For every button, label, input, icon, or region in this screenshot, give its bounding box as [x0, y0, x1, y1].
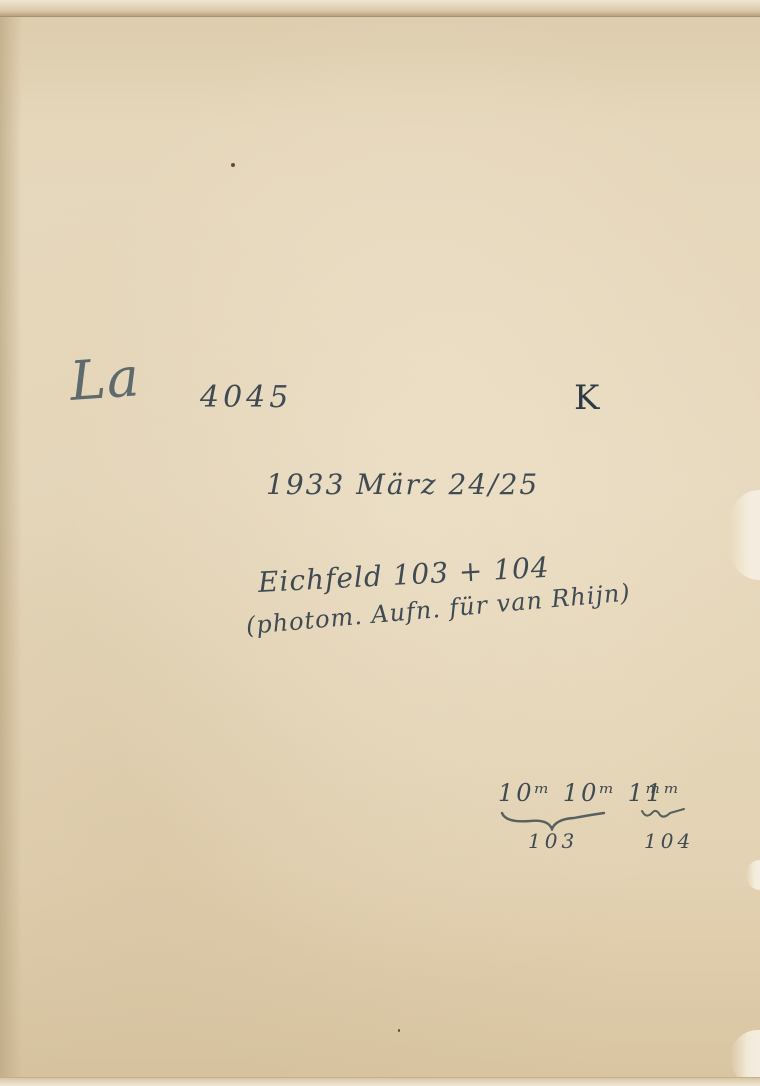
- exposure-notes: 10ᵐ 10ᵐ 1ᵐ 103 1ᵐ 104: [498, 765, 708, 865]
- plate-103-exposure-times: 10ᵐ 10ᵐ 1ᵐ: [498, 779, 664, 807]
- paper-tear: [730, 490, 760, 580]
- paper-speck: [398, 1029, 400, 1032]
- grouping-brace-icon: [500, 809, 606, 831]
- envelope-top-flap: [0, 0, 760, 17]
- call-number-prefix: La: [68, 345, 142, 413]
- squiggle-mark-icon: [640, 805, 688, 821]
- paper-tear: [746, 860, 760, 890]
- plate-104-label: 104: [644, 829, 694, 853]
- plate-104-exposure-times: 1ᵐ: [646, 779, 682, 807]
- document-sheet: La 4045 K 1933 März 24/25 Eichfeld 103 +…: [0, 0, 760, 1086]
- paper-speck: [231, 163, 235, 167]
- call-number-mark: K: [574, 378, 600, 418]
- plate-103-label: 103: [528, 829, 578, 853]
- call-number: 4045: [200, 380, 292, 415]
- observation-date: 1933 März 24/25: [266, 468, 539, 501]
- envelope-bottom-edge: [0, 1077, 760, 1086]
